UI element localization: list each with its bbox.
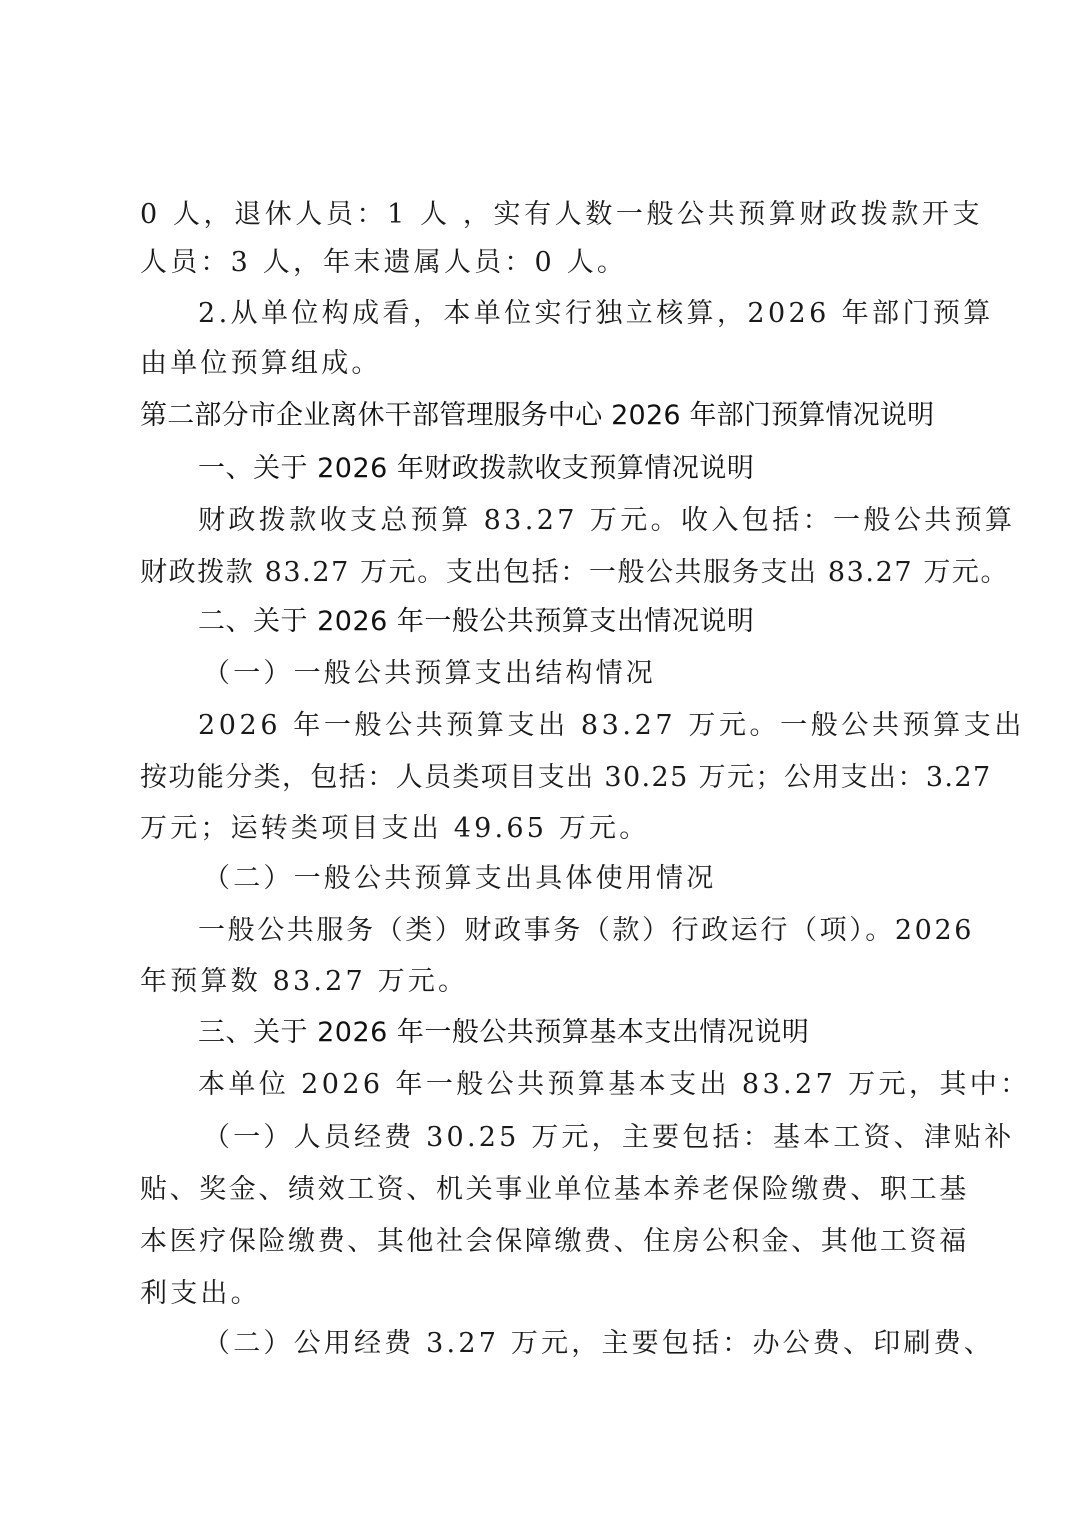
paragraph-line: 财政拨款 83.27 万元。支出包括：一般公共服务支出 83.27 万元。 [140,555,1009,591]
section-heading-2: 二、关于 2026 年一般公共预算支出情况说明 [198,604,754,640]
paragraph-line: 本单位 2026 年一般公共预算基本支出 83.27 万元，其中： [198,1067,1031,1103]
paragraph-line: 人员：3 人，年末遗属人员：0 人。 [140,245,627,281]
part-title: 第二部分市企业离休干部管理服务中心 2026 年部门预算情况说明 [140,398,934,434]
paragraph-line: 2.从单位构成看，本单位实行独立核算，2026 年部门预算 [198,296,994,332]
subsection-heading: （一）一般公共预算支出结构情况 [203,656,656,692]
paragraph-line: （二）公用经费 3.27 万元，主要包括：办公费、印刷费、 [203,1326,994,1362]
paragraph-line: （一）人员经费 30.25 万元，主要包括：基本工资、津贴补 [203,1120,1014,1156]
subsection-heading: （二）一般公共预算支出具体使用情况 [203,861,716,897]
paragraph-line: 按功能分类，包括：人员类项目支出 30.25 万元；公用支出：3.27 [140,760,992,796]
paragraph-line: 0 人，退休人员：1 人 ，实有人数一般公共预算财政拨款开支 [140,197,983,233]
paragraph-line: 由单位预算组成。 [140,346,382,382]
paragraph-line: 利支出。 [140,1276,261,1312]
paragraph-line: 贴、奖金、绩效工资、机关事业单位基本养老保险缴费、职工基 [140,1172,969,1208]
paragraph-line: 万元；运转类项目支出 49.65 万元。 [140,811,649,847]
section-heading-1: 一、关于 2026 年财政拨款收支预算情况说明 [198,451,754,487]
paragraph-line: 财政拨款收支总预算 83.27 万元。收入包括：一般公共预算 [198,503,1015,539]
paragraph-line: 一般公共服务（类）财政事务（款）行政运行（项）。2026 [198,913,974,949]
paragraph-line: 2026 年一般公共预算支出 83.27 万元。一般公共预算支出 [198,708,1025,744]
paragraph-line: 本医疗保险缴费、其他社会保障缴费、住房公积金、其他工资福 [140,1224,969,1260]
section-heading-3: 三、关于 2026 年一般公共预算基本支出情况说明 [198,1015,809,1051]
paragraph-line: 年预算数 83.27 万元。 [140,964,468,1000]
document-page: 0 人，退休人员：1 人 ，实有人数一般公共预算财政拨款开支 人员：3 人，年末… [0,0,1074,1520]
